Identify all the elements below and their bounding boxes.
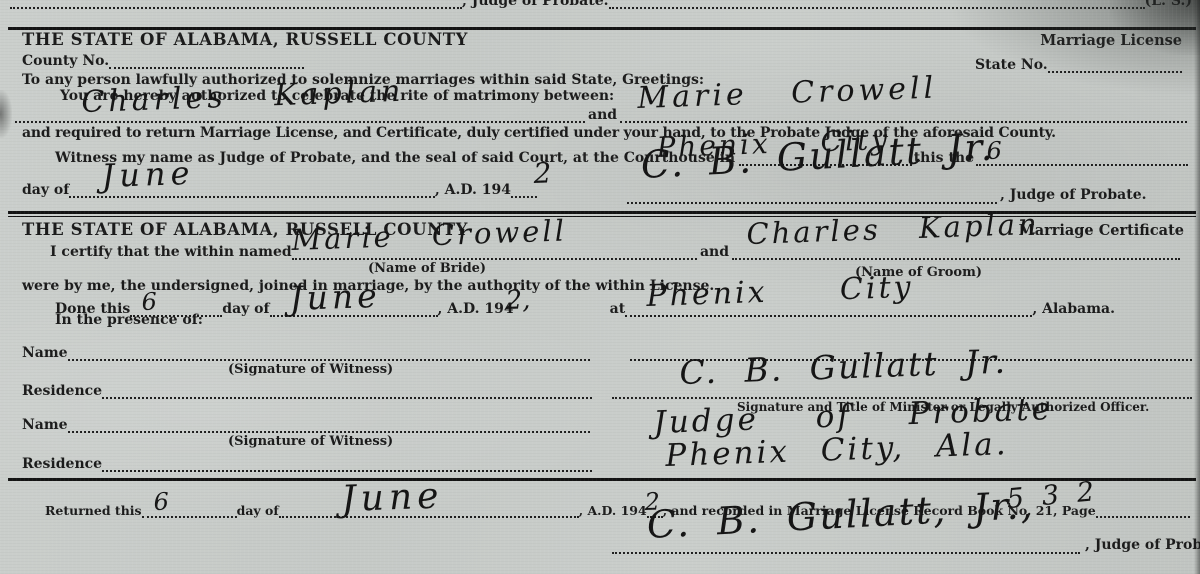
witness1-residence-line: Residence xyxy=(22,379,592,399)
marriage-license-document: , Judge of Probate. (L. S.) THE STATE OF… xyxy=(0,0,1200,574)
witness2-sig-caption: (Signature of Witness) xyxy=(228,435,393,449)
day-of-label: day of xyxy=(22,182,69,198)
dotted-line xyxy=(10,5,462,9)
dotted-line xyxy=(609,5,1145,9)
residence-label: Residence xyxy=(22,383,102,399)
seal-label: (L. S.) xyxy=(1145,0,1192,9)
county-no-line: County No. xyxy=(22,50,304,69)
bride-blank-line xyxy=(292,256,697,260)
month-blank xyxy=(69,194,435,198)
groom-blank-line xyxy=(732,256,1180,260)
name-label: Name xyxy=(22,345,68,361)
done-month-handwritten: June xyxy=(289,279,381,315)
ad-label: , A.D. 194 xyxy=(579,504,647,518)
place-blank xyxy=(625,313,1032,317)
bride-caption: (Name of Bride) xyxy=(368,262,486,276)
scan-right-edge xyxy=(1194,0,1200,574)
done-day-handwritten: 6 xyxy=(141,289,157,314)
witness2-residence-line: Residence xyxy=(22,452,592,472)
witness1-sig-caption: (Signature of Witness) xyxy=(228,363,393,377)
certificate-type-label: Marriage Certificate xyxy=(1019,223,1184,240)
done-line: Done this day of , A.D. 194 at , Alabama… xyxy=(55,297,1115,317)
and-label: and xyxy=(588,107,617,123)
returned-this-label: Returned this xyxy=(45,504,142,518)
witness1-name-line: Name xyxy=(22,341,590,361)
dotted-line xyxy=(102,395,592,399)
dotted-line xyxy=(612,550,1080,554)
dotted-line xyxy=(1048,69,1182,73)
dotted-line xyxy=(109,65,304,69)
bride-blank-line xyxy=(620,119,1187,123)
presence-label: In the presence of: xyxy=(55,313,203,328)
year-gap xyxy=(514,315,610,317)
dotted-line xyxy=(68,429,590,433)
year-blank xyxy=(511,194,537,198)
license-heading: THE STATE OF ALABAMA, RUSSELL COUNTY xyxy=(22,31,468,50)
ad-label: , A.D. 194 xyxy=(435,182,511,198)
license-judge-label: , Judge of Probate. xyxy=(1000,188,1147,203)
judge-of-probate-label: , Judge of Probate. xyxy=(462,0,609,9)
license-date-line: day of , A.D. 194 xyxy=(22,178,537,198)
previous-form-footer: , Judge of Probate. (L. S.) xyxy=(10,0,1192,9)
state-no-label: State No. xyxy=(975,57,1048,73)
returned-month-handwritten: June xyxy=(341,478,444,518)
returned-judge-label: , Judge of Probate. xyxy=(1085,538,1200,553)
groom-blank-line xyxy=(15,119,585,123)
witness-line: Witness my name as Judge of Probate, and… xyxy=(55,146,1188,166)
day-of-label: day of xyxy=(237,504,279,518)
officer-city-handwritten: Phenix City, Ala. xyxy=(665,429,1009,472)
county-no-label: County No. xyxy=(22,53,109,69)
day-blank xyxy=(976,162,1188,166)
residence-label: Residence xyxy=(22,456,102,472)
returned-day-handwritten: 6 xyxy=(153,489,169,514)
at-label: at xyxy=(610,301,626,317)
state-no-line: State No. xyxy=(975,54,1182,73)
dotted-line xyxy=(627,200,997,204)
alabama-label: , Alabama. xyxy=(1032,301,1115,317)
license-header: THE STATE OF ALABAMA, RUSSELL COUNTY Mar… xyxy=(22,31,1182,50)
and-label: and xyxy=(700,244,729,260)
done-year-handwritten: 2, xyxy=(505,287,531,314)
day-of-label: day of xyxy=(222,301,269,317)
dotted-line xyxy=(102,468,592,472)
scan-smudge xyxy=(0,90,12,138)
section-rule xyxy=(8,478,1196,481)
dotted-line xyxy=(68,357,590,361)
name-label: Name xyxy=(22,417,68,433)
certify-label: I certify that the within named xyxy=(50,244,292,260)
license-year-handwritten: 2 xyxy=(533,159,552,188)
license-type-label: Marriage License xyxy=(1040,33,1182,50)
certify-line: I certify that the within named and xyxy=(50,240,1180,260)
license-signature-line xyxy=(627,186,997,204)
page-blank xyxy=(1096,514,1190,518)
witness2-name-line: Name xyxy=(22,413,590,433)
license-month-handwritten: June xyxy=(101,157,195,192)
ad-label: , A.D. 194 xyxy=(438,301,514,317)
